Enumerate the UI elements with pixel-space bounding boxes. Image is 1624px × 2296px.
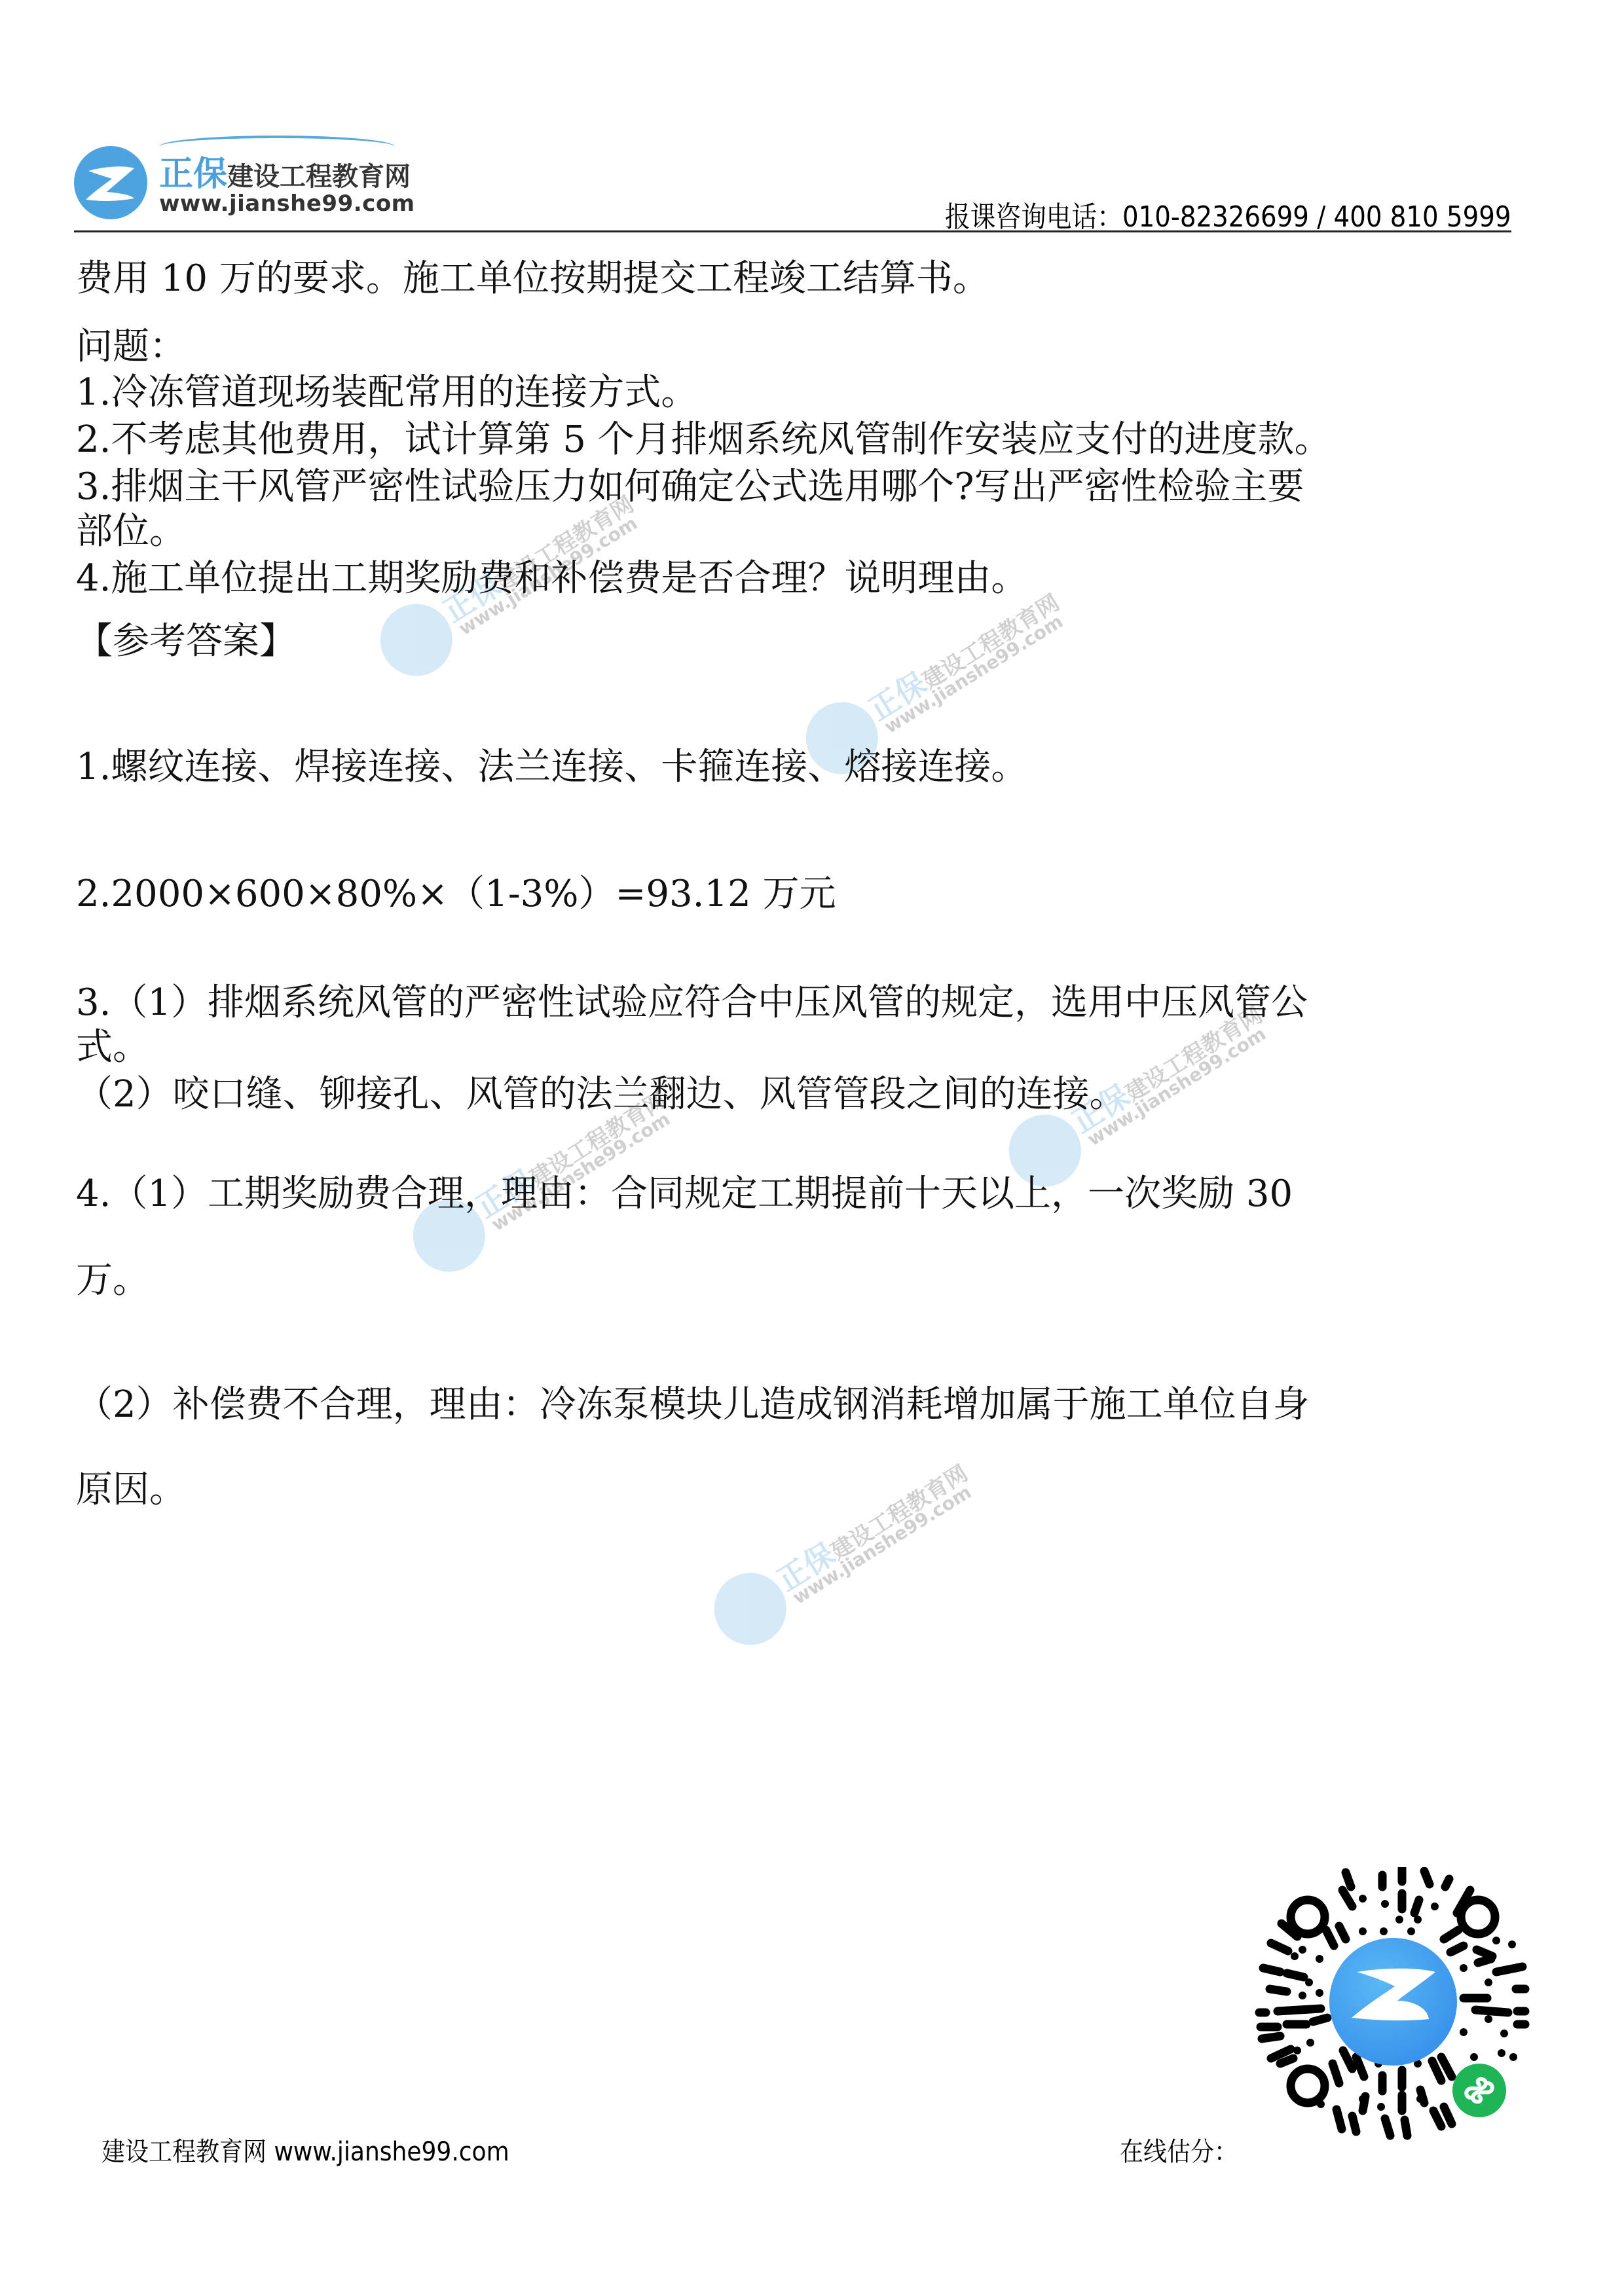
question-2: 2.不考虑其他费用，试计算第 5 个月排烟系统风管制作安装应支付的进度款。	[76, 416, 1331, 464]
question-3: 3.排烟主干风管严密性试验压力如何确定公式选用哪个?写出严密性检验主要	[76, 464, 1304, 511]
qr-center-logo-icon	[1329, 1938, 1457, 2066]
answer-4-1: 4.（1）工期奖励费合理，理由：合同规定工期提前十天以上，一次奖励 30	[76, 1171, 1293, 1218]
answer-2: 2.2000×600×80%×（1-3%）=93.12 万元	[76, 871, 836, 918]
footer-online-estimate-label: 在线估分：	[1120, 2131, 1238, 2168]
answer-4-1-cont: 万。	[76, 1257, 149, 1304]
miniprogram-badge-icon	[1452, 2064, 1506, 2117]
brand-logo[interactable]: 正保建设工程教育网 www.jianshe99.com	[74, 134, 415, 219]
watermark-logo-icon	[367, 591, 466, 690]
answer-4-2: （2）补偿费不合理，理由：冷冻泵模块儿造成钢消耗增加属于施工单位自身	[76, 1381, 1310, 1429]
page-header: 正保建设工程教育网 www.jianshe99.com 报课咨询电话：010-8…	[74, 128, 1511, 234]
logo-brand-text: 正保建设工程教育网	[159, 146, 411, 195]
answer-1: 1.螺纹连接、焊接连接、法兰连接、卡箍连接、熔接连接。	[76, 744, 1027, 791]
miniprogram-qr-code[interactable]	[1247, 1867, 1562, 2142]
question-4: 4.施工单位提出工期奖励费和补偿费是否合理？说明理由。	[76, 555, 1027, 602]
question-1: 1.冷冻管道现场装配常用的连接方式。	[76, 369, 697, 416]
hotline-text: 报课咨询电话：010-82326699 / 400 810 5999	[945, 193, 1511, 235]
answer-title: 【参考答案】	[76, 618, 296, 665]
questions-title: 问题：	[76, 323, 186, 371]
intro-line: 费用 10 万的要求。施工单位按期提交工程竣工结算书。	[76, 255, 989, 302]
logo-z-icon	[74, 146, 147, 219]
answer-3-1-cont: 式。	[76, 1024, 149, 1071]
footer-site-link[interactable]: 建设工程教育网 www.jianshe99.com	[101, 2131, 509, 2168]
logo-url: www.jianshe99.com	[159, 191, 415, 217]
answer-4-2-cont: 原因。	[76, 1467, 186, 1514]
answer-3-1: 3.（1）排烟系统风管的严密性试验应符合中压风管的规定，选用中压风管公	[76, 979, 1308, 1027]
answer-3-2: （2）咬口缝、铆接孔、风管的法兰翻边、风管管段之间的连接。	[76, 1071, 1126, 1118]
header-divider	[74, 230, 1511, 232]
watermark-logo-icon	[701, 1559, 800, 1659]
question-3-cont: 部位。	[76, 508, 186, 555]
